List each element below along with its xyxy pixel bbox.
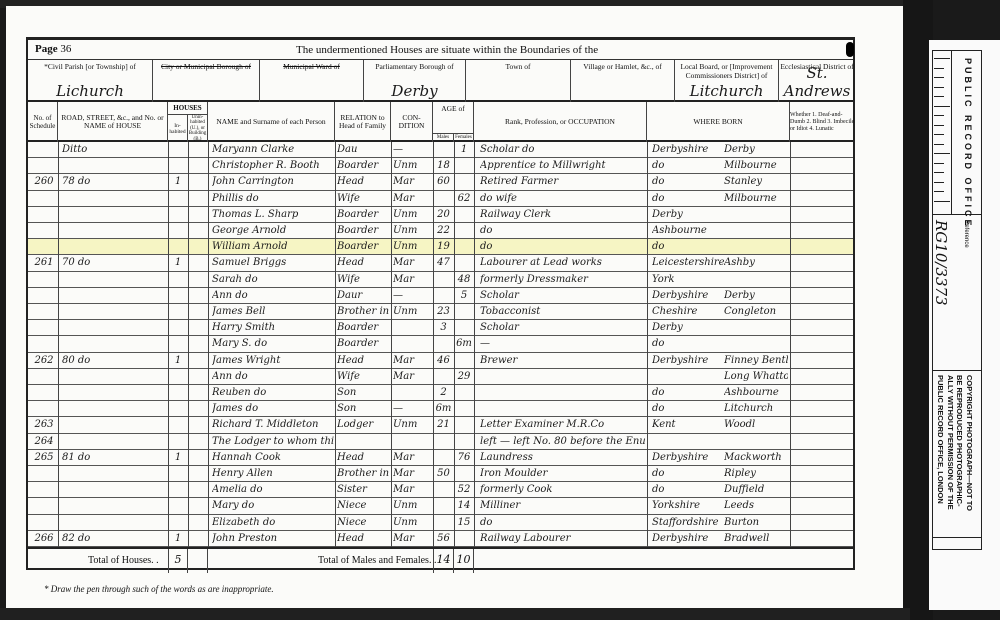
total-houses-value: 5 bbox=[168, 549, 188, 573]
column-divider bbox=[208, 142, 209, 547]
cell-occupation: Tobacconist bbox=[480, 304, 645, 320]
cell-schedule: 265 bbox=[30, 450, 58, 466]
cell-occupation: Railway Labourer bbox=[480, 531, 645, 547]
column-divider bbox=[647, 142, 648, 547]
header-road: ROAD, STREET, &c., and No. or NAME of HO… bbox=[58, 102, 168, 142]
cell-female bbox=[454, 207, 474, 223]
table-row: 26078 do1John CarringtonHeadMar60Retired… bbox=[28, 174, 853, 190]
ruler-tick bbox=[934, 144, 944, 145]
cell-schedule bbox=[30, 498, 58, 514]
cell-female bbox=[454, 531, 474, 547]
header-infirmity: Whether 1. Deaf-and-Dumb 2. Blind 3. Imb… bbox=[790, 102, 855, 142]
cell-occupation: formerly Dressmaker bbox=[480, 272, 645, 288]
cell-condition: Unm bbox=[393, 417, 433, 433]
cell-condition: Mar bbox=[393, 353, 433, 369]
cell-name: George Arnold bbox=[212, 223, 334, 239]
cell-inhabited bbox=[168, 417, 188, 433]
cell-male bbox=[433, 369, 454, 385]
cell-male: 21 bbox=[433, 417, 454, 433]
cell-road: 78 do bbox=[62, 174, 166, 190]
cell-name: John Carrington bbox=[212, 174, 334, 190]
cell-occupation: Scholar bbox=[480, 320, 645, 336]
cell-name: John Preston bbox=[212, 531, 334, 547]
cell-inhabited bbox=[168, 336, 188, 352]
cell-relation: Wife bbox=[337, 369, 391, 385]
cell-name: Hannah Cook bbox=[212, 450, 334, 466]
cell-condition: Unm bbox=[393, 498, 433, 514]
cell-born-place: Litchurch bbox=[724, 401, 788, 417]
cell-inhabited bbox=[168, 272, 188, 288]
cell-condition: Mar bbox=[393, 191, 433, 207]
cell-schedule bbox=[30, 369, 58, 385]
cell-name: William Arnold bbox=[212, 239, 334, 255]
cell-occupation: Scholar bbox=[480, 288, 645, 304]
cell-schedule bbox=[30, 482, 58, 498]
table-row: Amelia doSisterMar52formerly CookdoDuffi… bbox=[28, 482, 853, 498]
cell-born-county: do bbox=[652, 466, 724, 482]
cell-female: 15 bbox=[454, 515, 474, 531]
cell-relation bbox=[337, 434, 391, 450]
cell-occupation: Brewer bbox=[480, 353, 645, 369]
cell-female bbox=[454, 320, 474, 336]
table-row: Thomas L. SharpBoarderUnm20Railway Clerk… bbox=[28, 207, 853, 223]
cell-relation: Head bbox=[337, 174, 391, 190]
cell-relation: Dau bbox=[337, 142, 391, 158]
cell-inhabited bbox=[168, 369, 188, 385]
cell-condition bbox=[393, 434, 433, 450]
table-row: James doSon—6mdoLitchurch bbox=[28, 401, 853, 417]
cell-road bbox=[62, 239, 166, 255]
cell-name: Harry Smith bbox=[212, 320, 334, 336]
cell-road bbox=[62, 417, 166, 433]
cell-road: Ditto bbox=[62, 142, 166, 158]
table-row: Phillis doWifeMar62do wifedoMilbourne bbox=[28, 191, 853, 207]
cell-born-place: Ripley bbox=[724, 466, 788, 482]
cell-relation: Head bbox=[337, 531, 391, 547]
cell-male: 22 bbox=[433, 223, 454, 239]
cell-condition: — bbox=[393, 288, 433, 304]
cell-born-place bbox=[724, 320, 788, 336]
cell-inhabited: 1 bbox=[168, 531, 188, 547]
cell-road bbox=[62, 320, 166, 336]
admin-municipal-ward: Municipal Ward of bbox=[260, 60, 364, 102]
header-where-born: WHERE BORN bbox=[647, 102, 790, 142]
admin-town: Town of bbox=[466, 60, 571, 102]
table-row: 26682 do1John PrestonHeadMar56Railway La… bbox=[28, 531, 853, 547]
ruler-tick bbox=[934, 125, 944, 126]
admin-local-board: Local Board, or [Improvement Commissione… bbox=[675, 60, 779, 102]
cell-road bbox=[62, 369, 166, 385]
header-relation: RELATION to Head of Family bbox=[335, 102, 391, 142]
cell-male: 60 bbox=[433, 174, 454, 190]
header-condition: CON-DITION bbox=[391, 102, 433, 142]
cell-name: Mary do bbox=[212, 498, 334, 514]
cell-condition: — bbox=[393, 401, 433, 417]
cell-occupation: do wife bbox=[480, 191, 645, 207]
cell-occupation: — bbox=[480, 336, 645, 352]
cell-schedule: 266 bbox=[30, 531, 58, 547]
ruler-tick bbox=[934, 58, 950, 59]
census-rows: 26682 do1John PrestonHeadMar56Railway La… bbox=[28, 142, 853, 547]
cell-male bbox=[433, 336, 454, 352]
cell-road bbox=[62, 336, 166, 352]
cell-condition: Mar bbox=[393, 272, 433, 288]
cell-inhabited bbox=[168, 288, 188, 304]
cell-relation: Head bbox=[337, 353, 391, 369]
cell-schedule bbox=[30, 466, 58, 482]
cell-relation: Sister bbox=[337, 482, 391, 498]
cell-occupation: Labourer at Lead works bbox=[480, 255, 645, 271]
cell-inhabited bbox=[168, 482, 188, 498]
cell-inhabited bbox=[168, 401, 188, 417]
cell-road bbox=[62, 466, 166, 482]
ruler-tick bbox=[934, 115, 944, 116]
cell-name: Richard T. Middleton bbox=[212, 417, 334, 433]
table-row: 264The Lodger to whom this Schedule wasl… bbox=[28, 434, 853, 450]
cell-name: Sarah do bbox=[212, 272, 334, 288]
cell-condition: — bbox=[393, 142, 433, 158]
cell-schedule bbox=[30, 385, 58, 401]
cell-road bbox=[62, 401, 166, 417]
cell-occupation: formerly Cook bbox=[480, 482, 645, 498]
page-number: Page 36 bbox=[35, 43, 71, 55]
cell-road: 82 do bbox=[62, 531, 166, 547]
cell-male bbox=[433, 450, 454, 466]
cell-female: 29 bbox=[454, 369, 474, 385]
cell-inhabited bbox=[168, 223, 188, 239]
cell-born-place: Milbourne bbox=[724, 158, 788, 174]
admin-municipal-borough: City or Municipal Borough of bbox=[153, 60, 260, 102]
total-males-value: 14 bbox=[433, 549, 454, 573]
cell-male: 56 bbox=[433, 531, 454, 547]
cell-born-county: Derbyshire bbox=[652, 353, 724, 369]
cell-condition: Unm bbox=[393, 304, 433, 320]
cell-name: James Wright bbox=[212, 353, 334, 369]
cell-female: 76 bbox=[454, 450, 474, 466]
cell-road bbox=[62, 434, 166, 450]
table-row: George ArnoldBoarderUnm22doAshbourne bbox=[28, 223, 853, 239]
cell-born-county: Yorkshire bbox=[652, 498, 724, 514]
column-divider bbox=[391, 142, 392, 547]
cell-born-place: Leeds bbox=[724, 498, 788, 514]
header-age-female: Females bbox=[454, 133, 474, 142]
cell-inhabited bbox=[168, 320, 188, 336]
reference-value: RG10/3373 bbox=[932, 220, 950, 306]
cell-road bbox=[62, 191, 166, 207]
cell-name: Samuel Briggs bbox=[212, 255, 334, 271]
cell-female bbox=[454, 385, 474, 401]
cell-male: 2 bbox=[433, 385, 454, 401]
cell-road bbox=[62, 223, 166, 239]
cell-male bbox=[433, 142, 454, 158]
cell-male: 19 bbox=[433, 239, 454, 255]
cell-inhabited: 1 bbox=[168, 450, 188, 466]
cell-female bbox=[454, 255, 474, 271]
cell-condition: Mar bbox=[393, 174, 433, 190]
ruler-tick bbox=[934, 68, 944, 69]
cell-occupation bbox=[480, 369, 645, 385]
cell-inhabited bbox=[168, 385, 188, 401]
cell-condition bbox=[393, 336, 433, 352]
cell-inhabited: 1 bbox=[168, 353, 188, 369]
table-row: Ann doWifeMar29Long Whatton bbox=[28, 369, 853, 385]
cell-name: Henry Allen bbox=[212, 466, 334, 482]
cell-male bbox=[433, 191, 454, 207]
cell-schedule bbox=[30, 401, 58, 417]
cell-occupation: Iron Moulder bbox=[480, 466, 645, 482]
cell-born-county: do bbox=[652, 482, 724, 498]
cell-name: Elizabeth do bbox=[212, 515, 334, 531]
column-divider bbox=[790, 142, 791, 547]
cell-born-place: Long Whatton bbox=[724, 369, 788, 385]
cell-relation: Daur bbox=[337, 288, 391, 304]
cell-condition: Unm bbox=[393, 207, 433, 223]
table-row: James BellBrother in LawUnm23Tobacconist… bbox=[28, 304, 853, 320]
header-uninhabited: Unin-habited (U.), or Building (B.) bbox=[188, 114, 208, 142]
cell-name: James do bbox=[212, 401, 334, 417]
table-row: Christopher R. BoothBoarderUnm18Apprenti… bbox=[28, 158, 853, 174]
cell-relation: Niece bbox=[337, 498, 391, 514]
cell-schedule bbox=[30, 515, 58, 531]
cell-name: The Lodger to whom this Schedule was bbox=[212, 434, 334, 450]
cell-name: Reuben do bbox=[212, 385, 334, 401]
table-row: 26280 do1James WrightHeadMar46BrewerDerb… bbox=[28, 353, 853, 369]
header-name: NAME and Surname of each Person bbox=[208, 102, 335, 142]
cell-occupation: Milliner bbox=[480, 498, 645, 514]
cell-relation: Lodger bbox=[337, 417, 391, 433]
cell-born-county: do bbox=[652, 385, 724, 401]
cell-born-county: do bbox=[652, 401, 724, 417]
column-divider bbox=[188, 142, 189, 547]
cell-female bbox=[454, 353, 474, 369]
scan-border-bottom bbox=[0, 608, 910, 620]
cell-occupation: Retired Farmer bbox=[480, 174, 645, 190]
admin-ecclesiastical-district: Ecclesiastical District of St. Andrews bbox=[779, 60, 855, 102]
cell-inhabited bbox=[168, 515, 188, 531]
cell-road bbox=[62, 272, 166, 288]
cell-inhabited bbox=[168, 158, 188, 174]
cell-schedule bbox=[30, 191, 58, 207]
admin-parliamentary-borough: Parliamentary Borough of Derby bbox=[364, 60, 466, 102]
cell-relation: Brother in Law bbox=[337, 466, 391, 482]
cell-male bbox=[433, 482, 454, 498]
cell-road bbox=[62, 482, 166, 498]
cell-schedule bbox=[30, 158, 58, 174]
cell-relation: Boarder bbox=[337, 320, 391, 336]
cell-schedule: 263 bbox=[30, 417, 58, 433]
cell-female bbox=[454, 239, 474, 255]
cell-inhabited bbox=[168, 304, 188, 320]
cell-schedule bbox=[30, 239, 58, 255]
cell-born-place bbox=[724, 434, 788, 450]
cell-born-county: Staffordshire bbox=[652, 515, 724, 531]
cell-inhabited: 1 bbox=[168, 255, 188, 271]
totals-row: Total of Houses. . 5 Total of Males and … bbox=[28, 547, 853, 571]
total-persons-label: Total of Males and Females. . bbox=[318, 555, 436, 566]
table-row: Sarah doWifeMar48formerly DressmakerYork bbox=[28, 272, 853, 288]
admin-village: Village or Hamlet, &c., of bbox=[571, 60, 675, 102]
cell-born-place bbox=[724, 336, 788, 352]
cell-male bbox=[433, 272, 454, 288]
cell-male bbox=[433, 434, 454, 450]
cell-relation: Boarder bbox=[337, 223, 391, 239]
cell-condition: Unm bbox=[393, 239, 433, 255]
cell-schedule bbox=[30, 272, 58, 288]
cell-male: 23 bbox=[433, 304, 454, 320]
cell-female: 1 bbox=[454, 142, 474, 158]
cell-female bbox=[454, 434, 474, 450]
cell-occupation bbox=[480, 385, 645, 401]
table-row: Mary S. doBoarder6m—do bbox=[28, 336, 853, 352]
cell-born-county: do bbox=[652, 158, 724, 174]
table-row: Harry SmithBoarder3ScholarDerby bbox=[28, 320, 853, 336]
cell-relation: Wife bbox=[337, 272, 391, 288]
cell-inhabited bbox=[168, 434, 188, 450]
cell-born-county: do bbox=[652, 239, 724, 255]
cell-male: 20 bbox=[433, 207, 454, 223]
cell-condition: Mar bbox=[393, 531, 433, 547]
cell-female: 52 bbox=[454, 482, 474, 498]
cell-name: Mary S. do bbox=[212, 336, 334, 352]
ruler-tick bbox=[934, 96, 944, 97]
cell-born-place bbox=[724, 207, 788, 223]
cell-schedule bbox=[30, 288, 58, 304]
cell-schedule: 261 bbox=[30, 255, 58, 271]
ruler-tick bbox=[934, 182, 944, 183]
cell-born-place: Mackworth bbox=[724, 450, 788, 466]
cell-name: Ann do bbox=[212, 369, 334, 385]
ink-blot-icon bbox=[846, 42, 854, 57]
admin-areas-row: *Civil Parish [or Township] of Lichurch … bbox=[28, 60, 853, 102]
cell-condition bbox=[393, 385, 433, 401]
census-sheet: Page 36 The undermentioned Houses are si… bbox=[26, 37, 855, 570]
cell-female bbox=[454, 466, 474, 482]
title-row: Page 36 The undermentioned Houses are si… bbox=[28, 40, 853, 60]
cell-name: Phillis do bbox=[212, 191, 334, 207]
cell-name: Amelia do bbox=[212, 482, 334, 498]
ruler-tick bbox=[934, 172, 944, 173]
cell-name: Thomas L. Sharp bbox=[212, 207, 334, 223]
column-divider bbox=[433, 142, 434, 547]
cell-male bbox=[433, 498, 454, 514]
cell-male: 3 bbox=[433, 320, 454, 336]
ruler-tick bbox=[934, 87, 944, 88]
table-row: Reuben doSon2doAshbourne bbox=[28, 385, 853, 401]
cell-born-place: Finney Bentley bbox=[724, 353, 788, 369]
cell-occupation: do bbox=[480, 515, 645, 531]
cell-inhabited: 1 bbox=[168, 174, 188, 190]
cell-male bbox=[433, 288, 454, 304]
total-uninhabited-value bbox=[188, 549, 208, 573]
reference-label: Reference bbox=[963, 220, 969, 248]
cell-relation: Boarder bbox=[337, 239, 391, 255]
cell-born-place: Derby bbox=[724, 142, 788, 158]
cell-born-county: Derby bbox=[652, 207, 724, 223]
cell-occupation: Laundress bbox=[480, 450, 645, 466]
cell-road bbox=[62, 288, 166, 304]
cell-male: 18 bbox=[433, 158, 454, 174]
cell-relation: Head bbox=[337, 450, 391, 466]
cell-born-county: Leicestershire bbox=[652, 255, 724, 271]
cell-born-place: Ashby bbox=[724, 255, 788, 271]
admin-civil-parish: *Civil Parish [or Township] of Lichurch bbox=[28, 60, 153, 102]
cell-born-place bbox=[724, 239, 788, 255]
cell-inhabited bbox=[168, 191, 188, 207]
cell-relation: Head bbox=[337, 255, 391, 271]
ruler-tick bbox=[934, 153, 950, 154]
cell-born-county: Derby bbox=[652, 320, 724, 336]
cell-born-county: Derbyshire bbox=[652, 288, 724, 304]
table-row: Elizabeth doNieceUnm15doStaffordshireBur… bbox=[28, 515, 853, 531]
cell-occupation: Apprentice to Millwright bbox=[480, 158, 645, 174]
cell-road: 70 do bbox=[62, 255, 166, 271]
ruler-tick bbox=[934, 106, 950, 107]
footnote: * Draw the pen through such of the words… bbox=[44, 584, 274, 594]
header-occupation: Rank, Profession, or OCCUPATION bbox=[474, 102, 647, 142]
cell-female bbox=[454, 401, 474, 417]
cell-occupation: do bbox=[480, 239, 645, 255]
cell-schedule bbox=[30, 304, 58, 320]
cell-condition: Mar bbox=[393, 255, 433, 271]
header-inhabited: In-habited bbox=[168, 114, 188, 142]
table-row: Mary doNieceUnm14MillinerYorkshireLeeds bbox=[28, 498, 853, 514]
cell-relation: Boarder bbox=[337, 207, 391, 223]
cell-female bbox=[454, 158, 474, 174]
cell-relation: Brother in Law bbox=[337, 304, 391, 320]
cell-name: James Bell bbox=[212, 304, 334, 320]
cell-born-place: Derby bbox=[724, 288, 788, 304]
total-houses-label: Total of Houses. . bbox=[88, 555, 159, 566]
cell-born-county: Derbyshire bbox=[652, 531, 724, 547]
cell-condition: Unm bbox=[393, 223, 433, 239]
cell-born-place: Congleton bbox=[724, 304, 788, 320]
cell-schedule bbox=[30, 223, 58, 239]
cell-inhabited bbox=[168, 207, 188, 223]
cell-born-county: do bbox=[652, 191, 724, 207]
cell-female: 6m bbox=[454, 336, 474, 352]
cell-relation: Son bbox=[337, 401, 391, 417]
cell-born-county: Derbyshire bbox=[652, 450, 724, 466]
cell-inhabited bbox=[168, 466, 188, 482]
cell-occupation: Railway Clerk bbox=[480, 207, 645, 223]
cell-road bbox=[62, 515, 166, 531]
cell-road bbox=[62, 158, 166, 174]
ruler-tick bbox=[934, 163, 944, 164]
cell-born-county: Kent bbox=[652, 417, 724, 433]
cell-female bbox=[454, 223, 474, 239]
cell-born-place: Stanley bbox=[724, 174, 788, 190]
cell-road: 80 do bbox=[62, 353, 166, 369]
cell-name: Christopher R. Booth bbox=[212, 158, 334, 174]
cell-schedule bbox=[30, 336, 58, 352]
cell-female bbox=[454, 174, 474, 190]
cell-condition: Unm bbox=[393, 158, 433, 174]
cell-occupation: left — left No. 80 before the Enumeratio… bbox=[480, 434, 645, 450]
table-row: William ArnoldBoarderUnm19dodo bbox=[28, 239, 853, 255]
cell-born-place: Woodl bbox=[724, 417, 788, 433]
ruler-tick bbox=[934, 134, 944, 135]
cell-born-county bbox=[652, 369, 724, 385]
cell-born-county: York bbox=[652, 272, 724, 288]
cell-female: 14 bbox=[454, 498, 474, 514]
table-row: 263Richard T. MiddletonLodgerUnm21Letter… bbox=[28, 417, 853, 433]
cell-schedule bbox=[30, 142, 58, 158]
cell-road bbox=[62, 304, 166, 320]
column-divider bbox=[454, 142, 455, 547]
cell-born-county: do bbox=[652, 174, 724, 190]
ruler-tick bbox=[934, 201, 950, 202]
table-row: DittoMaryann ClarkeDau—1Scholar doDerbys… bbox=[28, 142, 853, 158]
